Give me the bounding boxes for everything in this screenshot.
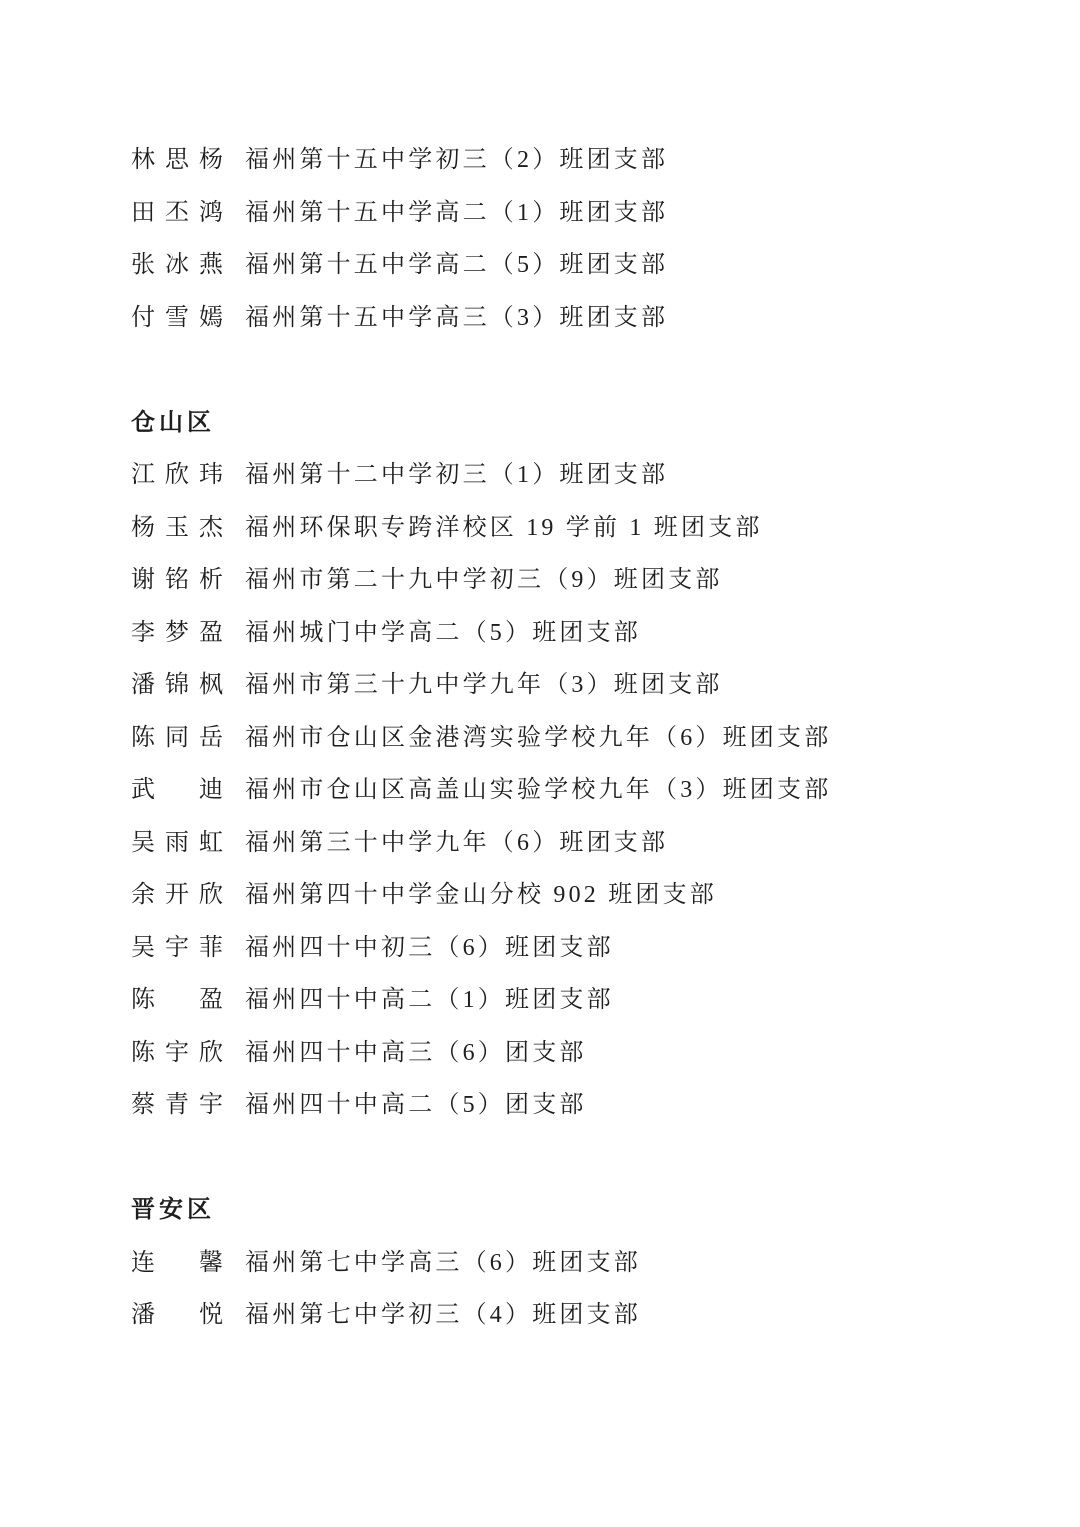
member-name: 陈 盈 <box>131 974 223 1027</box>
member-name: 陈宇欣 <box>131 1027 223 1080</box>
member-name: 余开欣 <box>131 869 223 922</box>
roster-list: 林思杨福州第十五中学初三（2）班团支部田丕鸿福州第十五中学高二（1）班团支部张冰… <box>131 134 1040 1342</box>
member-row: 田丕鸿福州第十五中学高二（1）班团支部 <box>131 187 1040 240</box>
member-branch: 福州四十中初三（6）班团支部 <box>245 922 614 975</box>
member-name: 吴宇菲 <box>131 922 223 975</box>
member-row: 余开欣福州第四十中学金山分校 902 班团支部 <box>131 869 1040 922</box>
member-branch: 福州四十中高二（1）班团支部 <box>245 974 614 1027</box>
member-row: 武 迪福州市仓山区高盖山实验学校九年（3）班团支部 <box>131 764 1040 817</box>
member-name: 蔡青宇 <box>131 1079 223 1132</box>
member-branch: 福州第三十中学九年（6）班团支部 <box>245 817 668 870</box>
member-row: 张冰燕福州第十五中学高二（5）班团支部 <box>131 239 1040 292</box>
member-row: 蔡青宇福州四十中高二（5）团支部 <box>131 1079 1040 1132</box>
member-branch: 福州市第二十九中学初三（9）班团支部 <box>245 554 723 607</box>
member-row: 谢铭析福州市第二十九中学初三（9）班团支部 <box>131 554 1040 607</box>
member-row: 陈宇欣福州四十中高三（6）团支部 <box>131 1027 1040 1080</box>
member-branch: 福州第四十中学金山分校 902 班团支部 <box>245 869 717 922</box>
member-name: 武 迪 <box>131 764 223 817</box>
member-branch: 福州第七中学高三（6）班团支部 <box>245 1237 641 1290</box>
member-branch: 福州第七中学初三（4）班团支部 <box>245 1289 641 1342</box>
member-row: 潘锦枫福州市第三十九中学九年（3）班团支部 <box>131 659 1040 712</box>
member-row: 李梦盈福州城门中学高二（5）班团支部 <box>131 607 1040 660</box>
document-page: 林思杨福州第十五中学初三（2）班团支部田丕鸿福州第十五中学高二（1）班团支部张冰… <box>0 0 1080 1527</box>
member-branch: 福州市第三十九中学九年（3）班团支部 <box>245 659 723 712</box>
section-gap <box>131 344 1040 397</box>
member-name: 李梦盈 <box>131 607 223 660</box>
member-branch: 福州四十中高二（5）团支部 <box>245 1079 587 1132</box>
member-name: 田丕鸿 <box>131 187 223 240</box>
member-row: 连 馨福州第七中学高三（6）班团支部 <box>131 1237 1040 1290</box>
member-branch: 福州四十中高三（6）团支部 <box>245 1027 587 1080</box>
member-branch: 福州第十二中学初三（1）班团支部 <box>245 449 668 502</box>
district-heading: 晋安区 <box>131 1184 1040 1237</box>
member-name: 江欣玮 <box>131 449 223 502</box>
member-name: 付雪嫣 <box>131 292 223 345</box>
member-branch: 福州第十五中学高三（3）班团支部 <box>245 292 668 345</box>
member-name: 陈同岳 <box>131 712 223 765</box>
member-row: 潘 悦福州第七中学初三（4）班团支部 <box>131 1289 1040 1342</box>
member-name: 吴雨虹 <box>131 817 223 870</box>
member-branch: 福州城门中学高二（5）班团支部 <box>245 607 641 660</box>
member-branch: 福州环保职专跨洋校区 19 学前 1 班团支部 <box>245 502 763 555</box>
member-row: 江欣玮福州第十二中学初三（1）班团支部 <box>131 449 1040 502</box>
member-name: 潘 悦 <box>131 1289 223 1342</box>
member-branch: 福州第十五中学高二（5）班团支部 <box>245 239 668 292</box>
member-row: 吴宇菲福州四十中初三（6）班团支部 <box>131 922 1040 975</box>
member-name: 谢铭析 <box>131 554 223 607</box>
member-row: 杨玉杰福州环保职专跨洋校区 19 学前 1 班团支部 <box>131 502 1040 555</box>
member-name: 潘锦枫 <box>131 659 223 712</box>
member-name: 张冰燕 <box>131 239 223 292</box>
member-row: 付雪嫣福州第十五中学高三（3）班团支部 <box>131 292 1040 345</box>
member-branch: 福州市仓山区金港湾实验学校九年（6）班团支部 <box>245 712 831 765</box>
member-name: 连 馨 <box>131 1237 223 1290</box>
member-branch: 福州市仓山区高盖山实验学校九年（3）班团支部 <box>245 764 831 817</box>
member-row: 林思杨福州第十五中学初三（2）班团支部 <box>131 134 1040 187</box>
member-branch: 福州第十五中学高二（1）班团支部 <box>245 187 668 240</box>
member-branch: 福州第十五中学初三（2）班团支部 <box>245 134 668 187</box>
district-heading: 仓山区 <box>131 397 1040 450</box>
member-name: 杨玉杰 <box>131 502 223 555</box>
member-row: 吴雨虹福州第三十中学九年（6）班团支部 <box>131 817 1040 870</box>
section-gap <box>131 1132 1040 1185</box>
member-row: 陈同岳福州市仓山区金港湾实验学校九年（6）班团支部 <box>131 712 1040 765</box>
member-name: 林思杨 <box>131 134 223 187</box>
member-row: 陈 盈福州四十中高二（1）班团支部 <box>131 974 1040 1027</box>
